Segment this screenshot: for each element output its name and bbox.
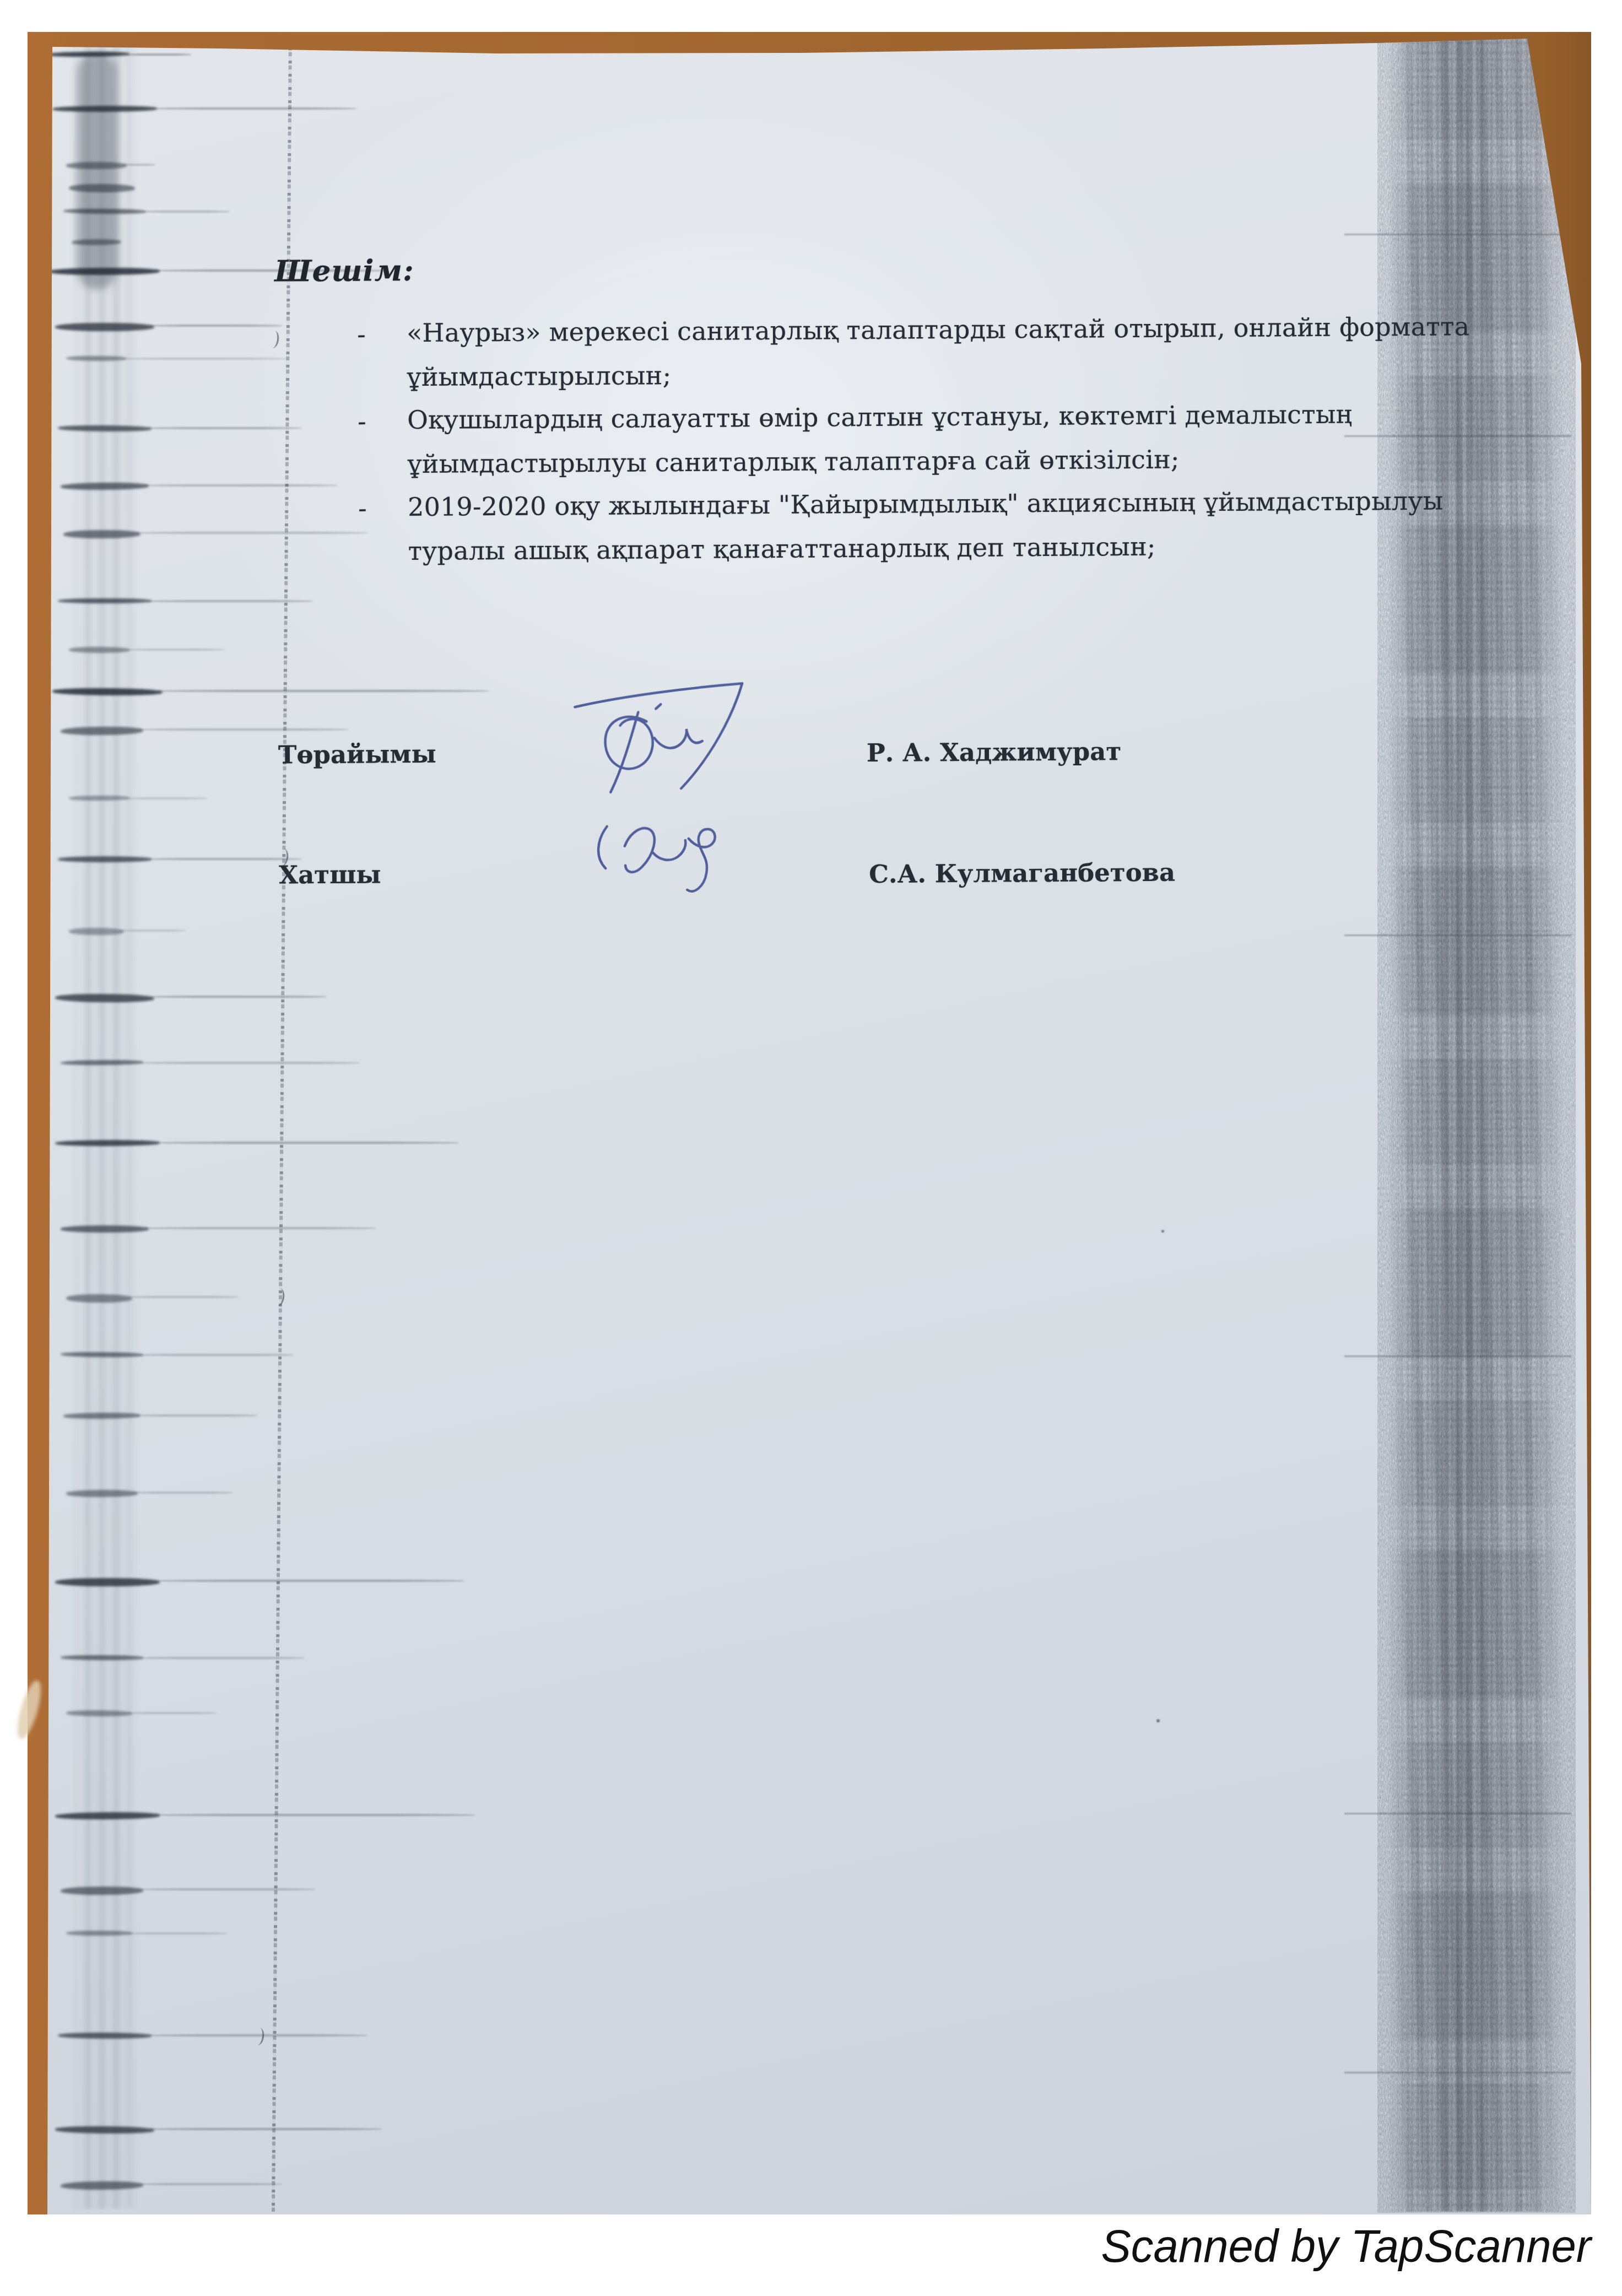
list-item-line: «Наурыз» мерекесі санитарлық талаптарды … xyxy=(407,311,1469,348)
signature-ink-chairwoman xyxy=(575,683,743,792)
signature-role-secretary: Хатшы xyxy=(279,860,381,889)
list-item-line: ұйымдастырылуы санитарлық талаптарға сай… xyxy=(407,445,1179,479)
signer-name-chairwoman: Р. А. Хаджимурат xyxy=(867,737,1122,768)
list-item-line: туралы ашық ақпарат қанағаттанарлық деп … xyxy=(408,532,1155,566)
list-item-line: 2019-2020 оқу жылындағы "Қайырымдылық" а… xyxy=(408,486,1443,522)
signature-ink-secretary xyxy=(598,826,715,892)
signature-role-chairwoman: Төрайымы xyxy=(278,739,436,770)
list-bullet: - xyxy=(358,494,367,523)
signer-name-secretary: С.А. Кулмаганбетова xyxy=(869,858,1175,889)
document-content: Шешім: - «Наурыз» мерекесі санитарлық та… xyxy=(0,0,1622,2296)
scanned-photo: Шешім: - «Наурыз» мерекесі санитарлық та… xyxy=(28,32,1591,2214)
list-item-line: ұйымдастырылсын; xyxy=(407,360,672,392)
document-paper: Шешім: - «Наурыз» мерекесі санитарлық та… xyxy=(28,32,1591,2214)
wood-scratch-mark xyxy=(13,1678,45,1741)
list-bullet: - xyxy=(358,407,366,436)
list-item-line: Оқушылардың салауатты өмір салтын ұстану… xyxy=(407,399,1353,435)
tapscanner-watermark: Scanned by TapScanner xyxy=(1101,2219,1591,2273)
handwritten-signatures xyxy=(566,671,777,909)
decision-heading: Шешім: xyxy=(274,253,414,289)
list-bullet: - xyxy=(357,320,366,349)
